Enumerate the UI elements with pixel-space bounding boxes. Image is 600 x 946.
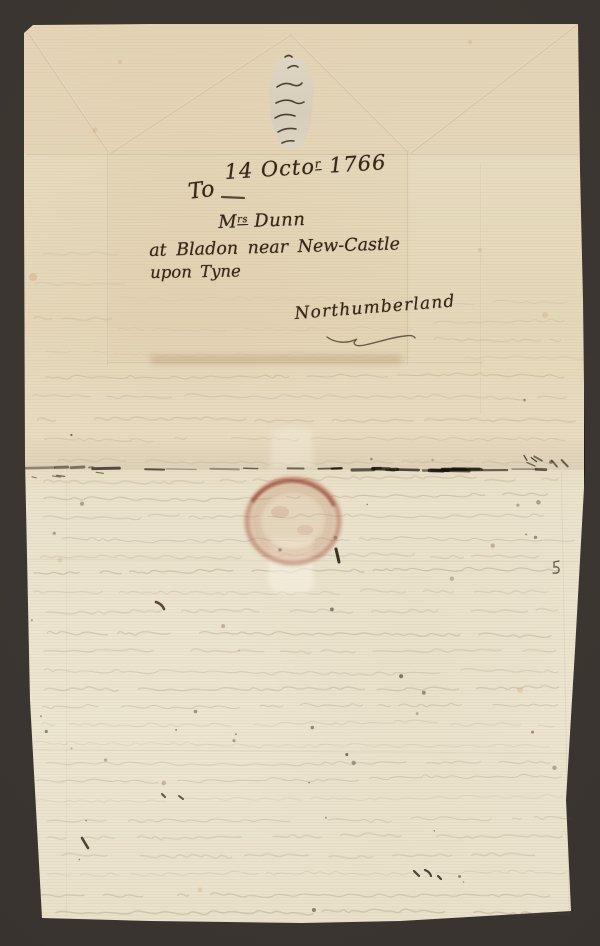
recipient-title: M	[218, 211, 238, 233]
recipient-name: Mrs Dunn	[218, 211, 306, 232]
fold-shadow-band	[22, 434, 584, 470]
fold-crease	[66, 480, 68, 916]
scan-stage: 14 Octor 1766 To Mrs Dunn at Bladon near…	[0, 0, 600, 946]
fold-crease	[107, 152, 109, 365]
fold-crease	[26, 558, 578, 562]
address-line-2: upon Tyne	[150, 263, 241, 281]
letter-sheet: 14 Octor 1766 To Mrs Dunn at Bladon near…	[22, 24, 584, 924]
recipient-title-superscript: rs	[237, 214, 248, 225]
fold-crease	[407, 152, 409, 365]
fold-crease	[561, 472, 570, 912]
recipient-surname: Dunn	[248, 209, 306, 232]
fold-crease	[26, 748, 574, 753]
crease-stain	[150, 355, 402, 364]
salutation-to: To	[187, 179, 216, 204]
date-year: 1766	[321, 150, 387, 178]
fold-crease	[480, 164, 482, 414]
